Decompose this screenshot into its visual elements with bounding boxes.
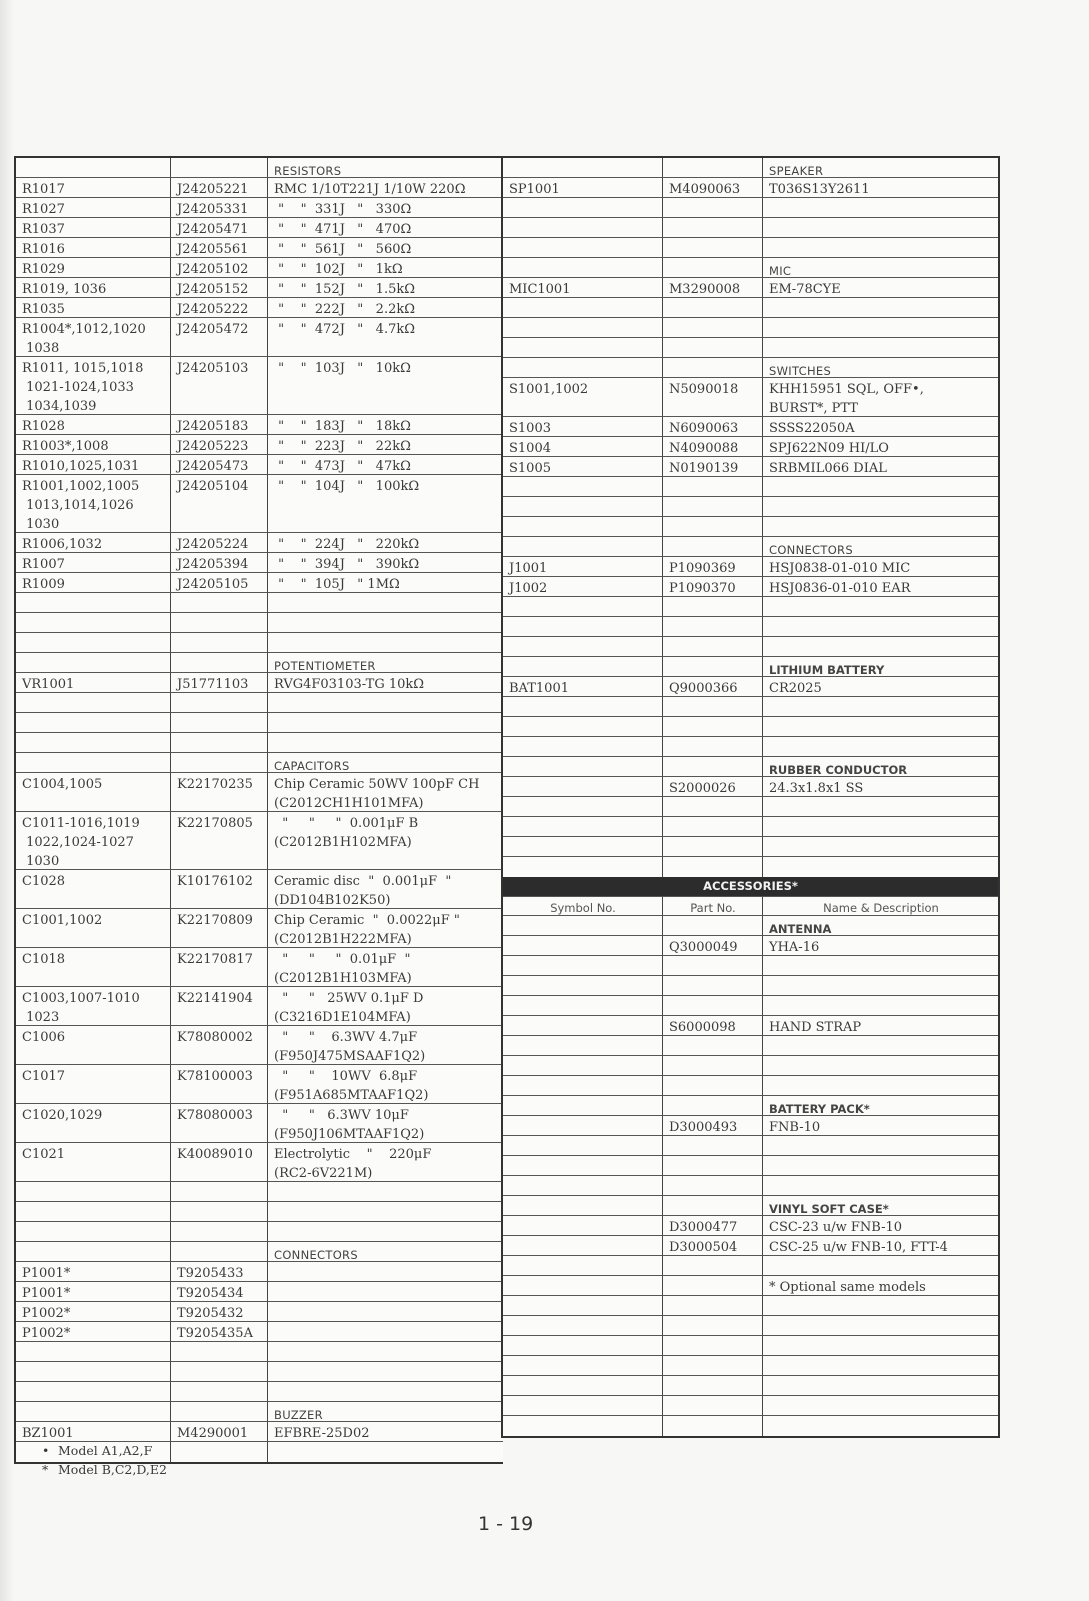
symbol-cell [503, 1016, 663, 1035]
description-cell [763, 1316, 998, 1335]
table-row [503, 1156, 998, 1176]
part-number-cell [663, 916, 763, 935]
symbol-cell [16, 1362, 171, 1381]
table-row [16, 1362, 503, 1382]
description-cell [763, 497, 998, 516]
table-row: BAT1001Q9000366CR2025 [503, 677, 998, 697]
part-number-cell: D3000504 [663, 1236, 763, 1255]
symbol-cell: MIC1001 [503, 278, 663, 297]
description-cell [268, 633, 503, 652]
symbol-cell [16, 1402, 171, 1421]
model-footnotes: •Model A1,A2,F *Model B,C2,D,E2 [42, 1441, 167, 1479]
part-number-cell [171, 1202, 268, 1221]
description-cell [763, 517, 998, 536]
symbol-cell [503, 1036, 663, 1055]
description-cell: HAND STRAP [763, 1016, 998, 1035]
table-row: CONNECTORS [503, 537, 998, 557]
symbol-cell [503, 1216, 663, 1235]
description-cell [268, 713, 503, 732]
table-row: ANTENNA [503, 916, 998, 936]
part-number-cell [663, 1416, 763, 1436]
part-number-cell: J24205183 [171, 415, 268, 434]
part-number-cell [663, 238, 763, 257]
symbol-cell [16, 713, 171, 732]
table-row [16, 1342, 503, 1362]
part-number-cell: J24205104 [171, 475, 268, 532]
part-number-cell [663, 1076, 763, 1095]
table-row: R1011, 1015,1018 1021-1024,1033 1034,103… [16, 357, 503, 415]
section-heading: POTENTIOMETER [268, 653, 503, 672]
description-cell [268, 613, 503, 632]
description-cell [763, 1176, 998, 1195]
symbol-cell [16, 1182, 171, 1201]
part-number-cell [171, 653, 268, 672]
section-heading: SWITCHES [763, 358, 998, 377]
symbol-cell: P1001* [16, 1282, 171, 1301]
table-row [503, 1076, 998, 1096]
part-number-cell: S2000026 [663, 777, 763, 796]
table-row [16, 613, 503, 633]
table-row [503, 1416, 998, 1436]
symbol-cell: R1027 [16, 198, 171, 217]
part-number-cell [663, 1256, 763, 1275]
symbol-cell: P1001* [16, 1262, 171, 1281]
symbol-cell [503, 1336, 663, 1355]
symbol-cell [503, 617, 663, 636]
table-row [503, 1036, 998, 1056]
symbol-cell [503, 318, 663, 337]
symbol-cell: C1018 [16, 948, 171, 986]
part-number-cell [663, 198, 763, 217]
table-row [16, 693, 503, 713]
description-cell: " " 223J " 22kΩ [268, 435, 503, 454]
symbol-cell [16, 613, 171, 632]
part-number-cell: J24205472 [171, 318, 268, 356]
table-row [503, 1136, 998, 1156]
footnote-1: •Model A1,A2,F [42, 1441, 167, 1460]
symbol-cell: C1028 [16, 870, 171, 908]
table-row [503, 218, 998, 238]
part-number-cell [663, 1136, 763, 1155]
part-number-cell [171, 693, 268, 712]
description-cell: CR2025 [763, 677, 998, 696]
part-number-cell [663, 1056, 763, 1075]
part-number-cell [663, 1336, 763, 1355]
description-cell [763, 697, 998, 716]
part-number-cell [171, 713, 268, 732]
part-number-cell [171, 733, 268, 752]
part-number-cell [663, 477, 763, 496]
symbol-cell [503, 497, 663, 516]
symbol-cell: C1021 [16, 1143, 171, 1181]
symbol-cell: C1020,1029 [16, 1104, 171, 1142]
description-cell [268, 1342, 503, 1361]
page-number: 1 - 19 [478, 1513, 533, 1535]
table-row: * Optional same models [503, 1276, 998, 1296]
description-cell: " " 6.3WV 10μF (F950J106MTAAF1Q2) [268, 1104, 503, 1142]
part-number-cell: J24205221 [171, 178, 268, 197]
symbol-cell [16, 1202, 171, 1221]
footnote-bullet: • [42, 1441, 58, 1460]
parts-list-left-table: RESISTORSR1017J24205221RMC 1/10T221J 1/1… [14, 156, 503, 1464]
symbol-cell [503, 777, 663, 796]
description-cell: RVG4F03103-TG 10kΩ [268, 673, 503, 692]
part-number-cell: K78080002 [171, 1026, 268, 1064]
symbol-cell: R1011, 1015,1018 1021-1024,1033 1034,103… [16, 357, 171, 414]
table-row: SPEAKER [503, 158, 998, 178]
description-cell [763, 617, 998, 636]
description-cell: " " 473J " 47kΩ [268, 455, 503, 474]
description-cell [763, 1136, 998, 1155]
part-number-cell [171, 1402, 268, 1421]
table-row: R1037J24205471 " " 471J " 470Ω [16, 218, 503, 238]
part-number-cell: J24205103 [171, 357, 268, 414]
description-cell: CSC-23 u/w FNB-10 [763, 1216, 998, 1235]
description-cell: " " 331J " 330Ω [268, 198, 503, 217]
part-number-cell: T9205434 [171, 1282, 268, 1301]
part-number-cell: T9205433 [171, 1262, 268, 1281]
symbol-cell [16, 158, 171, 177]
table-row: C1020,1029K78080003 " " 6.3WV 10μF (F950… [16, 1104, 503, 1143]
part-number-cell [171, 1382, 268, 1401]
table-row: C1017K78100003 " " 10WV 6.8μF (F951A685M… [16, 1065, 503, 1104]
part-number-cell: J24205152 [171, 278, 268, 297]
table-row [503, 1256, 998, 1276]
description-cell [763, 298, 998, 317]
part-number-cell: J24205394 [171, 553, 268, 572]
part-number-cell [663, 717, 763, 736]
table-row [16, 593, 503, 613]
table-row: BZ1001M4290001EFBRE-25D02 [16, 1422, 503, 1442]
symbol-cell: BZ1001 [16, 1422, 171, 1441]
part-number-cell [663, 537, 763, 556]
symbol-cell [503, 1416, 663, 1436]
description-cell: SSSS22050A [763, 417, 998, 436]
symbol-cell [503, 1356, 663, 1375]
table-row [16, 633, 503, 653]
symbol-cell [503, 1396, 663, 1415]
description-cell: " " 10WV 6.8μF (F951A685MTAAF1Q2) [268, 1065, 503, 1103]
table-row [503, 318, 998, 338]
table-row: C1021K40089010Electrolytic " 220μF (RC2-… [16, 1143, 503, 1182]
part-number-cell [663, 1036, 763, 1055]
table-row: R1006,1032J24205224 " " 224J " 220kΩ [16, 533, 503, 553]
description-cell: " " 472J " 4.7kΩ [268, 318, 503, 356]
description-cell: " " 25WV 0.1μF D (C3216D1E104MFA) [268, 987, 503, 1025]
description-cell: " " 224J " 220kΩ [268, 533, 503, 552]
table-row [503, 976, 998, 996]
table-row [503, 1176, 998, 1196]
table-row: S1005N0190139SRBMIL066 DIAL [503, 457, 998, 477]
description-cell: " " 471J " 470Ω [268, 218, 503, 237]
description-cell: KHH15951 SQL, OFF•, BURST*, PTT [763, 378, 998, 416]
symbol-cell: R1028 [16, 415, 171, 434]
table-row [503, 1376, 998, 1396]
description-cell [268, 1222, 503, 1241]
part-number-cell [663, 1176, 763, 1195]
table-row: J1002P1090370HSJ0836-01-010 EAR [503, 577, 998, 597]
table-row [503, 198, 998, 218]
part-number-cell: J24205223 [171, 435, 268, 454]
part-number-cell: D3000493 [663, 1116, 763, 1135]
description-cell: EFBRE-25D02 [268, 1422, 503, 1441]
part-number-cell: K22141904 [171, 987, 268, 1025]
table-row: CAPACITORS [16, 753, 503, 773]
part-number-cell: J24205222 [171, 298, 268, 317]
description-cell: " " " 0.01μF " (C2012B1H103MFA) [268, 948, 503, 986]
part-number-cell [171, 1182, 268, 1201]
description-cell [268, 1362, 503, 1381]
description-cell [268, 1382, 503, 1401]
part-number-cell [663, 158, 763, 177]
part-number-cell: J24205473 [171, 455, 268, 474]
symbol-cell: R1029 [16, 258, 171, 277]
table-row: C1004,1005K22170235Chip Ceramic 50WV 100… [16, 773, 503, 812]
part-number-cell: K22170805 [171, 812, 268, 869]
part-number-cell: J24205102 [171, 258, 268, 277]
description-cell [763, 338, 998, 357]
part-number-cell [663, 617, 763, 636]
part-number-cell [171, 1222, 268, 1241]
table-row [503, 956, 998, 976]
table-row: SWITCHES [503, 358, 998, 378]
symbol-cell [503, 1256, 663, 1275]
description-cell [763, 1056, 998, 1075]
symbol-cell [503, 597, 663, 616]
section-heading: BUZZER [268, 1402, 503, 1421]
description-cell: 24.3x1.8x1 SS [763, 777, 998, 796]
symbol-cell [503, 757, 663, 776]
description-cell: " " 152J " 1.5kΩ [268, 278, 503, 297]
part-number-cell [663, 657, 763, 676]
table-row: R1007J24205394 " " 394J " 390kΩ [16, 553, 503, 573]
description-cell [268, 593, 503, 612]
symbol-cell [503, 797, 663, 816]
table-row: R1003*,1008J24205223 " " 223J " 22kΩ [16, 435, 503, 455]
symbol-cell [503, 198, 663, 217]
part-number-cell [171, 593, 268, 612]
right-parts-rows: SPEAKERSP1001M4090063T036S13Y2611MICMIC1… [503, 158, 998, 877]
part-number-cell: K78100003 [171, 1065, 268, 1103]
symbol-cell [503, 857, 663, 877]
table-row [503, 996, 998, 1016]
part-number-cell [663, 258, 763, 277]
table-row: R1019, 1036J24205152 " " 152J " 1.5kΩ [16, 278, 503, 298]
symbol-cell [503, 916, 663, 935]
table-row [503, 477, 998, 497]
table-row: D3000504CSC-25 u/w FNB-10, FTT-4 [503, 1236, 998, 1256]
description-cell [268, 733, 503, 752]
part-number-cell: N5090018 [663, 378, 763, 416]
description-cell: Ceramic disc " 0.001μF " (DD104B102K50) [268, 870, 503, 908]
part-number-cell [171, 1362, 268, 1381]
part-number-cell [171, 1342, 268, 1361]
part-number-cell: J51771103 [171, 673, 268, 692]
section-heading: SPEAKER [763, 158, 998, 177]
description-cell [268, 1322, 503, 1341]
section-heading: CONNECTORS [763, 537, 998, 556]
table-row [503, 637, 998, 657]
description-cell [763, 1416, 998, 1436]
description-cell: Chip Ceramic 50WV 100pF CH (C2012CH1H101… [268, 773, 503, 811]
part-number-cell: N4090088 [663, 437, 763, 456]
description-cell: " " 394J " 390kΩ [268, 553, 503, 572]
symbol-cell [16, 593, 171, 612]
description-cell [763, 1376, 998, 1395]
table-row [503, 338, 998, 358]
part-number-cell: N6090063 [663, 417, 763, 436]
table-row: BATTERY PACK* [503, 1096, 998, 1116]
part-number-cell [663, 737, 763, 756]
symbol-cell [503, 338, 663, 357]
description-cell [763, 797, 998, 816]
description-cell [268, 1202, 503, 1221]
description-cell [763, 218, 998, 237]
description-cell [763, 637, 998, 656]
symbol-cell: C1004,1005 [16, 773, 171, 811]
part-number-cell: T9205435A [171, 1322, 268, 1341]
symbol-cell: J1002 [503, 577, 663, 596]
parts-list-right-table: SPEAKERSP1001M4090063T036S13Y2611MICMIC1… [501, 156, 1000, 1438]
description-cell [763, 1156, 998, 1175]
description-cell: " " 103J " 10kΩ [268, 357, 503, 414]
table-row [503, 1296, 998, 1316]
part-number-cell [171, 633, 268, 652]
symbol-cell [16, 1382, 171, 1401]
part-number-cell: T9205432 [171, 1302, 268, 1321]
table-row: C1006K78080002 " " 6.3WV 4.7μF (F950J475… [16, 1026, 503, 1065]
symbol-cell: S1003 [503, 417, 663, 436]
symbol-cell: P1002* [16, 1302, 171, 1321]
table-row [16, 733, 503, 753]
symbol-cell [503, 358, 663, 377]
symbol-cell [16, 653, 171, 672]
symbol-cell [503, 657, 663, 676]
description-cell: RMC 1/10T221J 1/10W 220Ω [268, 178, 503, 197]
symbol-cell: R1010,1025,1031 [16, 455, 171, 474]
symbol-cell: R1016 [16, 238, 171, 257]
symbol-cell: R1009 [16, 573, 171, 592]
symbol-cell [503, 976, 663, 995]
description-cell [763, 597, 998, 616]
table-row: LITHIUM BATTERY [503, 657, 998, 677]
symbol-cell [16, 633, 171, 652]
symbol-cell [503, 158, 663, 177]
description-cell: " " 6.3WV 4.7μF (F950J475MSAAF1Q2) [268, 1026, 503, 1064]
description-cell: CSC-25 u/w FNB-10, FTT-4 [763, 1236, 998, 1255]
section-heading: VINYL SOFT CASE* [763, 1196, 998, 1215]
column-header-part: Part No. [663, 897, 763, 915]
table-row: S1003N6090063SSSS22050A [503, 417, 998, 437]
part-number-cell [663, 1356, 763, 1375]
table-row: J1001P1090369HSJ0838-01-010 MIC [503, 557, 998, 577]
description-cell: SRBMIL066 DIAL [763, 457, 998, 476]
table-row: R1016J24205561 " " 561J " 560Ω [16, 238, 503, 258]
symbol-cell [503, 517, 663, 536]
description-cell [763, 857, 998, 877]
table-row: P1002*T9205432 [16, 1302, 503, 1322]
part-number-cell [663, 757, 763, 776]
symbol-cell [503, 1056, 663, 1075]
table-row: P1001*T9205433 [16, 1262, 503, 1282]
section-heading: CAPACITORS [268, 753, 503, 772]
part-number-cell: K22170809 [171, 909, 268, 947]
part-number-cell: Q3000049 [663, 936, 763, 955]
symbol-cell [16, 1342, 171, 1361]
description-cell: " " 183J " 18kΩ [268, 415, 503, 434]
table-row [503, 817, 998, 837]
symbol-cell: C1003,1007-1010 1023 [16, 987, 171, 1025]
part-number-cell [663, 497, 763, 516]
description-cell [763, 238, 998, 257]
part-number-cell [663, 597, 763, 616]
symbol-cell: R1037 [16, 218, 171, 237]
table-row [503, 517, 998, 537]
symbol-cell: SP1001 [503, 178, 663, 197]
description-cell: " " 102J " 1kΩ [268, 258, 503, 277]
symbol-cell [503, 1096, 663, 1115]
description-cell [763, 976, 998, 995]
table-row: R1028J24205183 " " 183J " 18kΩ [16, 415, 503, 435]
description-cell [268, 1442, 503, 1462]
symbol-cell [503, 1076, 663, 1095]
symbol-cell [503, 817, 663, 836]
part-number-cell: S6000098 [663, 1016, 763, 1035]
description-cell: " " " 0.001μF B (C2012B1H102MFA) [268, 812, 503, 869]
part-number-cell [171, 753, 268, 772]
table-row [503, 737, 998, 757]
table-row [503, 797, 998, 817]
section-heading: MIC [763, 258, 998, 277]
symbol-cell [503, 298, 663, 317]
part-number-cell: J24205331 [171, 198, 268, 217]
table-row [503, 857, 998, 877]
symbol-cell [16, 733, 171, 752]
table-row [16, 713, 503, 733]
symbol-cell [16, 753, 171, 772]
part-number-cell: M4090063 [663, 178, 763, 197]
symbol-cell: BAT1001 [503, 677, 663, 696]
part-number-cell [663, 1296, 763, 1315]
table-row: S1001,1002N5090018KHH15951 SQL, OFF•, BU… [503, 378, 998, 417]
symbol-cell [16, 1242, 171, 1261]
symbol-cell: C1006 [16, 1026, 171, 1064]
part-number-cell: K22170235 [171, 773, 268, 811]
description-cell [763, 477, 998, 496]
description-cell [763, 717, 998, 736]
part-number-cell [663, 1276, 763, 1295]
table-row: D3000477CSC-23 u/w FNB-10 [503, 1216, 998, 1236]
symbol-cell [503, 1196, 663, 1215]
table-row: C1011-1016,1019 1022,1024-1027 1030K2217… [16, 812, 503, 870]
table-row: R1010,1025,1031J24205473 " " 473J " 47kΩ [16, 455, 503, 475]
symbol-cell: R1004*,1012,1020 1038 [16, 318, 171, 356]
table-row [503, 697, 998, 717]
table-row: Q3000049YHA-16 [503, 936, 998, 956]
symbol-cell [503, 1156, 663, 1175]
part-number-cell [663, 1096, 763, 1115]
footnote-2: *Model B,C2,D,E2 [42, 1460, 167, 1479]
symbol-cell [503, 537, 663, 556]
description-cell [763, 996, 998, 1015]
table-row: BUZZER [16, 1402, 503, 1422]
description-cell: YHA-16 [763, 936, 998, 955]
part-number-cell [663, 837, 763, 856]
table-row [16, 1382, 503, 1402]
symbol-cell [16, 1222, 171, 1241]
symbol-cell [503, 1316, 663, 1335]
part-number-cell [663, 218, 763, 237]
